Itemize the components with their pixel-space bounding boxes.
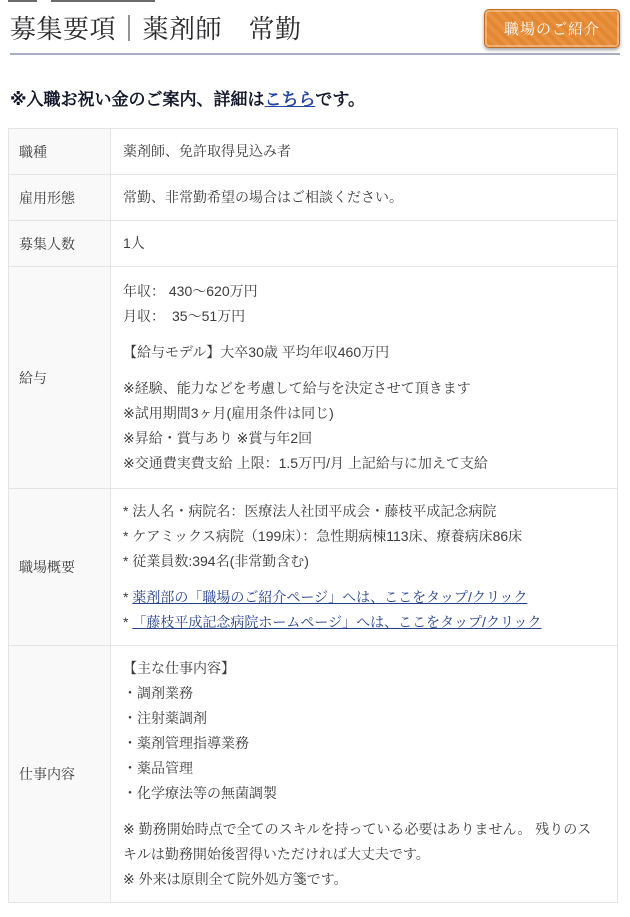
row-label: 職場概要: [9, 489, 111, 645]
value-line: * 従業員数:394名(非常勤含む): [123, 549, 605, 574]
page-header: 募集要項｜薬剤師 常勤 職場のご紹介: [0, 0, 630, 46]
notice-suffix: です。: [315, 90, 365, 109]
value-line: * ケアミックス病院（199床）：急性期病棟113床、療養病床86床: [123, 524, 605, 549]
blank-line: [123, 329, 605, 340]
value-line: 薬剤師、免許取得見込み者: [123, 139, 605, 164]
table-row-job-type: 職種 薬剤師、免許取得見込み者: [9, 129, 617, 175]
row-value: 1人: [111, 221, 617, 266]
value-line: 月収： 35〜51万円: [123, 304, 605, 329]
value-note: ※ 外来は原則全て院外処方箋です。: [123, 867, 605, 892]
pharmacy-intro-page-link[interactable]: 薬剤部の「職場のご紹介ページ」へは、ここをタップ/クリック: [132, 589, 527, 605]
value-line: 常勤、非常勤希望の場合はご相談ください。: [123, 185, 605, 210]
row-label: 募集人数: [9, 221, 111, 266]
table-row-job-description: 仕事内容 【主な仕事内容】 ・調剤業務 ・注射薬調剤 ・薬剤管理指導業務 ・薬品…: [9, 646, 617, 902]
value-line: ※試用期間3ヶ月(雇用条件は同じ): [123, 401, 605, 426]
header-divider: [10, 53, 620, 55]
row-label: 仕事内容: [9, 646, 111, 902]
value-line: ・調剤業務: [123, 681, 605, 706]
value-line: ※交通費実費支給 上限：1.5万円/月 上記給与に加えて支給: [123, 451, 605, 476]
table-row-salary: 給与 年収： 430〜620万円 月収： 35〜51万円 【給与モデル】大卒30…: [9, 267, 617, 489]
signing-bonus-notice: ※入職お祝い金のご案内、詳細はこちらです。: [10, 88, 620, 112]
table-row-employment-type: 雇用形態 常勤、非常勤希望の場合はご相談ください。: [9, 175, 617, 221]
value-line: * 法人名・病院名：医療法人社団平成会・藤枝平成記念病院: [123, 499, 605, 524]
value-line: ・薬品管理: [123, 756, 605, 781]
value-line: 年収： 430〜620万円: [123, 279, 605, 304]
hospital-homepage-link[interactable]: 「藤枝平成記念病院ホームページ」へは、ここをタップ/クリック: [132, 614, 541, 630]
table-row-openings: 募集人数 1人: [9, 221, 617, 267]
value-line: ・薬剤管理指導業務: [123, 731, 605, 756]
row-value: 【主な仕事内容】 ・調剤業務 ・注射薬調剤 ・薬剤管理指導業務 ・薬品管理 ・化…: [111, 646, 617, 902]
row-value: 年収： 430〜620万円 月収： 35〜51万円 【給与モデル】大卒30歳 平…: [111, 267, 617, 488]
value-line: 【主な仕事内容】: [123, 656, 605, 681]
row-value: 薬剤師、免許取得見込み者: [111, 129, 617, 174]
table-row-workplace-overview: 職場概要 * 法人名・病院名：医療法人社団平成会・藤枝平成記念病院 * ケアミッ…: [9, 489, 617, 646]
value-line-link: * 「藤枝平成記念病院ホームページ」へは、ここをタップ/クリック: [123, 610, 605, 635]
notice-prefix: ※入職お祝い金のご案内、詳細は: [10, 90, 265, 109]
job-spec-table: 職種 薬剤師、免許取得見込み者 雇用形態 常勤、非常勤希望の場合はご相談ください…: [8, 128, 618, 903]
row-label: 給与: [9, 267, 111, 488]
blank-line: [123, 365, 605, 376]
row-label: 職種: [9, 129, 111, 174]
value-line: ・化学療法等の無菌調製: [123, 781, 605, 806]
workplace-intro-button[interactable]: 職場のご紹介: [484, 9, 620, 48]
link-prefix: *: [123, 614, 132, 630]
row-value: 常勤、非常勤希望の場合はご相談ください。: [111, 175, 617, 220]
row-value: * 法人名・病院名：医療法人社団平成会・藤枝平成記念病院 * ケアミックス病院（…: [111, 489, 617, 645]
link-prefix: *: [123, 589, 132, 605]
value-note: ※ 勤務開始時点で全てのスキルを持っている必要はありません。 残りのスキルは勤務…: [123, 817, 605, 867]
row-label: 雇用形態: [9, 175, 111, 220]
blank-line: [123, 806, 605, 817]
kochira-link[interactable]: こちら: [265, 90, 316, 109]
value-line: 【給与モデル】大卒30歳 平均年収460万円: [123, 340, 605, 365]
value-line: 1人: [123, 231, 605, 256]
blank-line: [123, 574, 605, 585]
value-line: ※昇給・賞与あり ※賞与年2回: [123, 426, 605, 451]
value-line-link: * 薬剤部の「職場のご紹介ページ」へは、ここをタップ/クリック: [123, 585, 605, 610]
value-line: ※経験、能力などを考慮して給与を決定させて頂きます: [123, 376, 605, 401]
value-line: ・注射薬調剤: [123, 706, 605, 731]
